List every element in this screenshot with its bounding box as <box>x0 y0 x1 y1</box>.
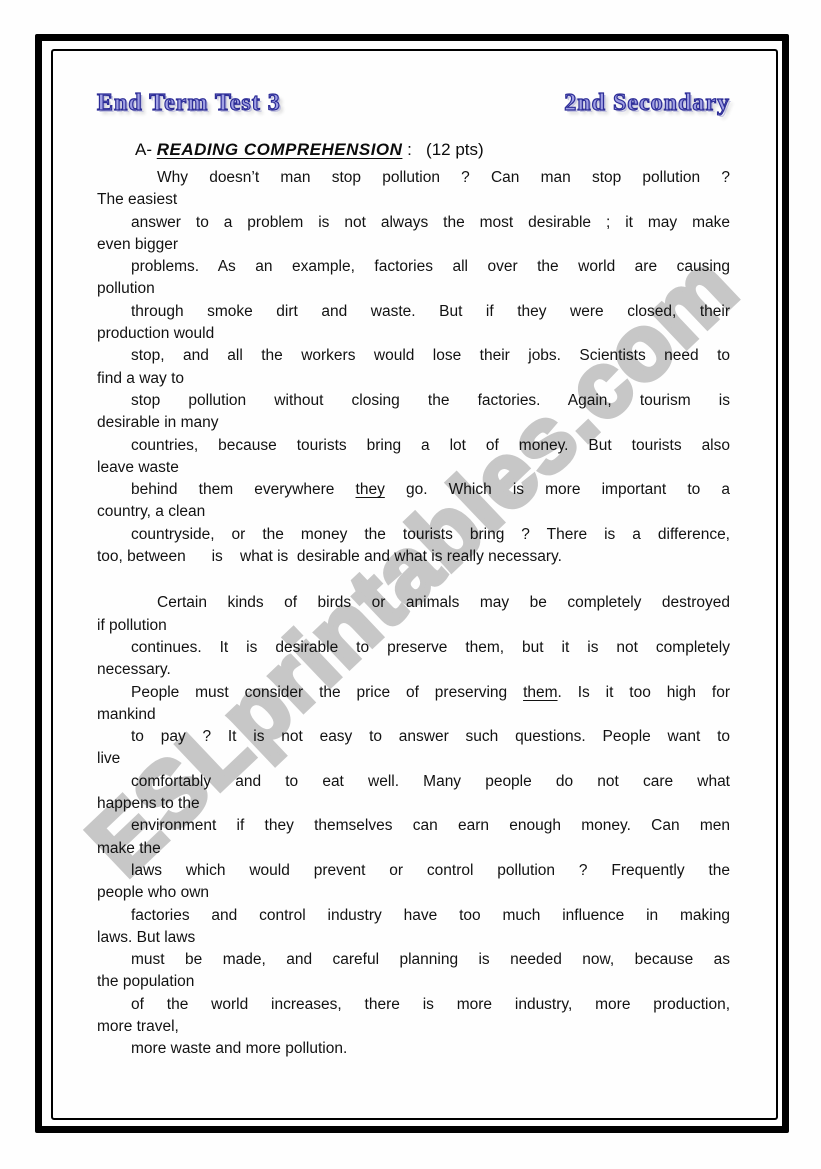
passage-line: happens to the <box>97 793 730 815</box>
passage-line: factories and control industry have too … <box>131 905 730 927</box>
passage-text: behind them everywhere <box>131 481 356 498</box>
passage-text: country, a clean <box>97 503 205 520</box>
passage-text: problems. As an example, factories all o… <box>131 258 730 275</box>
passage-line: if pollution <box>97 615 730 637</box>
passage: Why doesn’t man stop pollution ? Can man… <box>97 167 730 1061</box>
passage-line: desirable in many <box>97 412 730 434</box>
passage-text: even bigger <box>97 236 178 253</box>
passage-text: answer to a problem is not always the mo… <box>131 214 730 231</box>
passage-text: factories and control industry have too … <box>131 907 730 924</box>
passage-line: more travel, <box>97 1016 730 1038</box>
passage-line: through smoke dirt and waste. But if the… <box>131 301 730 323</box>
passage-text: more waste and more pollution. <box>131 1040 347 1057</box>
passage-line: The easiest <box>97 189 730 211</box>
page-header: End Term Test 3 2nd Secondary <box>97 90 730 117</box>
passage-line: pollution <box>97 278 730 300</box>
passage-text: The easiest <box>97 191 177 208</box>
scanned-test-page: ESLprintables.com End Term Test 3 2nd Se… <box>0 0 821 1169</box>
passage-text: find a way to <box>97 370 184 387</box>
passage-text: mankind <box>97 706 156 723</box>
passage-line: necessary. <box>97 659 730 681</box>
passage-line: People must consider the price of preser… <box>131 682 730 704</box>
passage-paragraph: Why doesn’t man stop pollution ? Can man… <box>97 167 730 568</box>
passage-text: too, between is what is desirable and wh… <box>97 548 562 565</box>
passage-text: to pay ? It is not easy to answer such q… <box>131 728 730 745</box>
passage-text: people who own <box>97 884 209 901</box>
grade-level-title: 2nd Secondary <box>564 90 730 117</box>
passage-text: happens to the <box>97 795 200 812</box>
passage-line: people who own <box>97 882 730 904</box>
passage-line: environment if they themselves can earn … <box>131 815 730 837</box>
passage-text: countryside, or the money the tourists b… <box>131 526 730 543</box>
passage-text: laws which would prevent or control poll… <box>131 862 730 879</box>
passage-line: to pay ? It is not easy to answer such q… <box>131 726 730 748</box>
passage-line: comfortably and to eat well. Many people… <box>131 771 730 793</box>
passage-text: countries, because tourists bring a lot … <box>131 437 730 454</box>
passage-line: the population <box>97 971 730 993</box>
passage-line: live <box>97 748 730 770</box>
section-heading: A- READING COMPREHENSION : (12 pts) <box>135 140 730 160</box>
passage-text: of the world increases, there is more in… <box>131 996 730 1013</box>
passage-text: . Is it too high for <box>558 684 730 701</box>
passage-text: make the <box>97 840 161 857</box>
passage-line: too, between is what is desirable and wh… <box>97 546 730 568</box>
passage-line: production would <box>97 323 730 345</box>
passage-line: leave waste <box>97 457 730 479</box>
passage-text: comfortably and to eat well. Many people… <box>131 773 730 790</box>
passage-line: of the world increases, there is more in… <box>131 994 730 1016</box>
passage-line: countries, because tourists bring a lot … <box>131 435 730 457</box>
passage-text: more travel, <box>97 1018 179 1035</box>
section-title: READING COMPREHENSION <box>157 140 403 159</box>
passage-line: laws. But laws <box>97 927 730 949</box>
passage-text: production would <box>97 325 214 342</box>
passage-text: Certain kinds of birds or animals may be… <box>157 594 730 611</box>
passage-text: environment if they themselves can earn … <box>131 817 730 834</box>
underlined-word: them <box>523 684 557 701</box>
passage-text: go. Which is more important to a <box>385 481 730 498</box>
passage-text: continues. It is desirable to preserve t… <box>131 639 730 656</box>
passage-text: Why doesn’t man stop pollution ? Can man… <box>157 169 730 186</box>
passage-line: answer to a problem is not always the mo… <box>131 212 730 234</box>
page-content: End Term Test 3 2nd Secondary A- READING… <box>97 90 730 1061</box>
passage-line: stop pollution without closing the facto… <box>131 390 730 412</box>
passage-text: stop pollution without closing the facto… <box>131 392 730 409</box>
passage-text: necessary. <box>97 661 171 678</box>
passage-text: if pollution <box>97 617 167 634</box>
passage-text: the population <box>97 973 194 990</box>
passage-line: Why doesn’t man stop pollution ? Can man… <box>157 167 730 189</box>
passage-line: must be made, and careful planning is ne… <box>131 949 730 971</box>
passage-line: stop, and all the workers would lose the… <box>131 345 730 367</box>
section-points: (12 pts) <box>426 140 484 159</box>
passage-line: countryside, or the money the tourists b… <box>131 524 730 546</box>
passage-text: live <box>97 750 120 767</box>
passage-line: country, a clean <box>97 501 730 523</box>
section-letter: A- <box>135 140 157 159</box>
passage-text: stop, and all the workers would lose the… <box>131 347 730 364</box>
passage-line: even bigger <box>97 234 730 256</box>
passage-text: laws. But laws <box>97 929 195 946</box>
passage-line: more waste and more pollution. <box>131 1038 730 1060</box>
passage-line: problems. As an example, factories all o… <box>131 256 730 278</box>
underlined-word: they <box>356 481 385 498</box>
passage-text: pollution <box>97 280 155 297</box>
passage-line: continues. It is desirable to preserve t… <box>131 637 730 659</box>
passage-line: behind them everywhere they go. Which is… <box>131 479 730 501</box>
passage-text: People must consider the price of preser… <box>131 684 523 701</box>
passage-line: Certain kinds of birds or animals may be… <box>157 592 730 614</box>
section-colon: : <box>402 140 426 159</box>
passage-line: find a way to <box>97 368 730 390</box>
passage-line: laws which would prevent or control poll… <box>131 860 730 882</box>
test-title: End Term Test 3 <box>97 90 281 117</box>
passage-text: must be made, and careful planning is ne… <box>131 951 730 968</box>
passage-paragraph: Certain kinds of birds or animals may be… <box>97 592 730 1060</box>
passage-text: desirable in many <box>97 414 218 431</box>
passage-text: through smoke dirt and waste. But if the… <box>131 303 730 320</box>
passage-text: leave waste <box>97 459 179 476</box>
passage-line: make the <box>97 838 730 860</box>
passage-line: mankind <box>97 704 730 726</box>
